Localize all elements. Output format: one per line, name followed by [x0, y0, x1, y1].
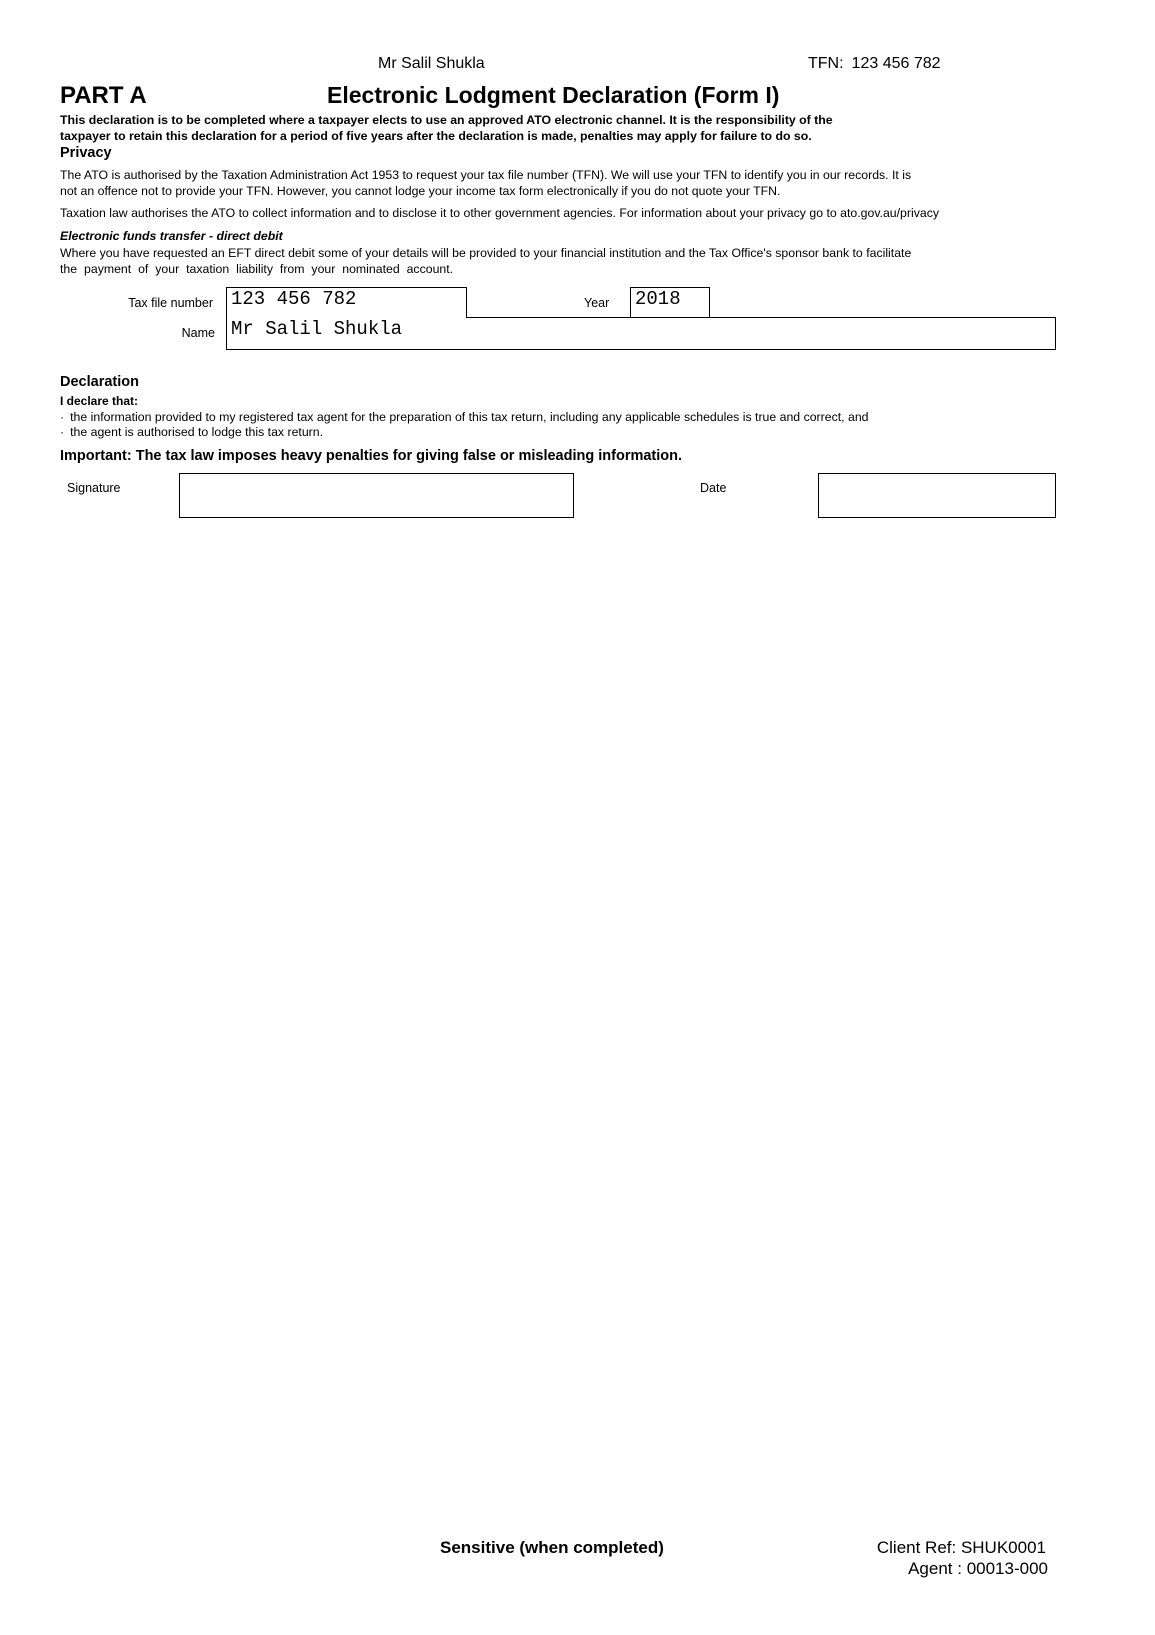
- tfn-field[interactable]: 123 456 782: [226, 287, 467, 319]
- bullet-dot: ·: [60, 425, 64, 439]
- year-field-label: Year: [584, 296, 609, 310]
- year-field[interactable]: 2018: [630, 287, 710, 319]
- important-notice: Important: The tax law imposes heavy pen…: [60, 448, 682, 464]
- eft-line: Where you have requested an EFT direct d…: [60, 245, 911, 261]
- header-tfn: TFN:123 456 782: [808, 55, 941, 73]
- eft-line: the payment of your taxation liability f…: [60, 261, 911, 277]
- privacy-line: not an offence not to provide your TFN. …: [60, 183, 911, 199]
- privacy-heading: Privacy: [60, 145, 112, 161]
- signature-label: Signature: [67, 481, 121, 495]
- form-title: Electronic Lodgment Declaration (Form I): [327, 82, 779, 109]
- client-reference: Client Ref: SHUK0001: [877, 1537, 1046, 1559]
- name-field[interactable]: Mr Salil Shukla: [226, 318, 1056, 350]
- date-label: Date: [700, 481, 726, 495]
- privacy-line: The ATO is authorised by the Taxation Ad…: [60, 167, 911, 183]
- header-tfn-value: 123 456 782: [852, 55, 941, 72]
- intro-text: This declaration is to be completed wher…: [60, 113, 833, 144]
- intro-line: This declaration is to be completed wher…: [60, 113, 833, 129]
- part-label: PART A: [60, 82, 147, 110]
- privacy-paragraph-1: The ATO is authorised by the Taxation Ad…: [60, 167, 911, 199]
- agent-number: Agent : 00013-000: [908, 1559, 1048, 1579]
- header-taxpayer-name: Mr Salil Shukla: [378, 55, 485, 73]
- declaration-bullet: ·the agent is authorised to lodge this t…: [60, 424, 323, 440]
- intro-line: taxpayer to retain this declaration for …: [60, 129, 833, 145]
- eft-paragraph: Where you have requested an EFT direct d…: [60, 245, 911, 277]
- declaration-bullet-text: the information provided to my registere…: [70, 410, 868, 424]
- sensitivity-notice: Sensitive (when completed): [440, 1538, 664, 1558]
- tfn-field-label: Tax file number: [128, 296, 213, 310]
- declaration-subheading: I declare that:: [60, 394, 138, 408]
- header-tfn-label: TFN:: [808, 55, 844, 72]
- signature-field[interactable]: [179, 473, 574, 518]
- declaration-bullet: ·the information provided to my register…: [60, 409, 869, 425]
- date-field[interactable]: [818, 473, 1056, 518]
- name-field-label: Name: [182, 326, 215, 340]
- declaration-heading: Declaration: [60, 374, 139, 390]
- declaration-bullet-text: the agent is authorised to lodge this ta…: [70, 425, 323, 439]
- privacy-paragraph-2: Taxation law authorises the ATO to colle…: [60, 205, 939, 221]
- eft-heading: Electronic funds transfer - direct debit: [60, 229, 283, 243]
- bullet-dot: ·: [60, 410, 64, 424]
